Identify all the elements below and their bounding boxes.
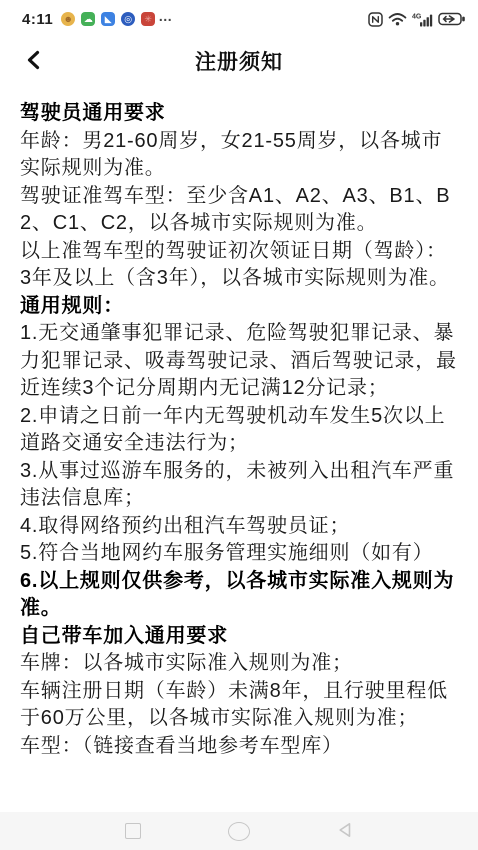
- page-title: 注册须知: [0, 46, 478, 76]
- status-bar: 4:11 ☻☁◣◎✳ … 4G: [0, 0, 478, 32]
- notice-paragraph: 通用规则：: [20, 293, 458, 321]
- notice-paragraph: 车辆注册日期（车龄）未满8年，且行驶里程低于60万公里，以各城市实际准入规则为准…: [20, 678, 458, 733]
- nav-bar: 注册须知: [0, 32, 478, 90]
- notice-body: 驾驶员通用要求年龄：男21-60周岁，女21-55周岁，以各城市实际规则为准。驾…: [0, 90, 478, 760]
- notice-paragraph: 驾驶员通用要求: [20, 100, 458, 128]
- clock-text: 4:11: [22, 11, 53, 28]
- notice-paragraph: 2.申请之日前一年内无驾驶机动车发生5次以上道路交通安全违法行为；: [20, 403, 458, 458]
- notice-paragraph: 1.无交通肇事犯罪记录、危险驾驶犯罪记录、暴力犯罪记录、吸毒驾驶记录、酒后驾驶记…: [20, 320, 458, 403]
- red-pattern-app-icon: ✳: [141, 12, 155, 26]
- notice-paragraph: 自己带车加入通用要求: [20, 623, 458, 651]
- recents-button[interactable]: [121, 819, 145, 843]
- recents-square-icon: [125, 823, 141, 839]
- battery-charging-icon: [438, 12, 466, 26]
- blue-sail-app-icon: ◣: [101, 12, 115, 26]
- home-button[interactable]: [227, 819, 251, 843]
- emoji-face-app-icon: ☻: [61, 12, 75, 26]
- status-bar-right: 4G: [368, 12, 466, 27]
- notice-paragraph: 3.从事过巡游车服务的，未被列入出租汽车严重违法信息库；: [20, 458, 458, 513]
- notice-paragraph: 6.以上规则仅供参考，以各城市实际准入规则为准。: [20, 568, 458, 623]
- android-back-button[interactable]: [333, 819, 357, 843]
- home-circle-icon: [228, 822, 250, 841]
- notice-paragraph: 年龄：男21-60周岁，女21-55周岁，以各城市实际规则为准。: [20, 128, 458, 183]
- network-type-label: 4G: [412, 13, 422, 20]
- chevron-left-icon: [23, 49, 45, 74]
- back-triangle-icon: [336, 821, 354, 842]
- app-screen: 4:11 ☻☁◣◎✳ … 4G: [0, 0, 478, 850]
- blue-circle-app-icon: ◎: [121, 12, 135, 26]
- android-bottom-nav: [0, 812, 478, 850]
- signal-strength-icon: 4G: [412, 12, 433, 27]
- notice-paragraph: 驾驶证准驾车型：至少含A1、A2、A3、B1、B2、C1、C2，以各城市实际规则…: [20, 183, 458, 238]
- notice-paragraph: 4.取得网络预约出租汽车驾驶员证；: [20, 513, 458, 541]
- notice-paragraph[interactable]: 车型：（链接查看当地参考车型库）: [20, 733, 458, 761]
- wifi-icon: [388, 12, 407, 26]
- nfc-icon: [368, 12, 383, 27]
- wechat-app-icon: ☁: [81, 12, 95, 26]
- notice-paragraph: 以上准驾车型的驾驶证初次领证日期（驾龄）：3年及以上（含3年），以各城市实际规则…: [20, 238, 458, 293]
- notice-paragraph: 5.符合当地网约车服务管理实施细则（如有）: [20, 540, 458, 568]
- back-button[interactable]: [14, 41, 54, 81]
- notification-app-icons: ☻☁◣◎✳: [61, 12, 155, 26]
- notice-paragraph: 车牌：以各城市实际准入规则为准；: [20, 650, 458, 678]
